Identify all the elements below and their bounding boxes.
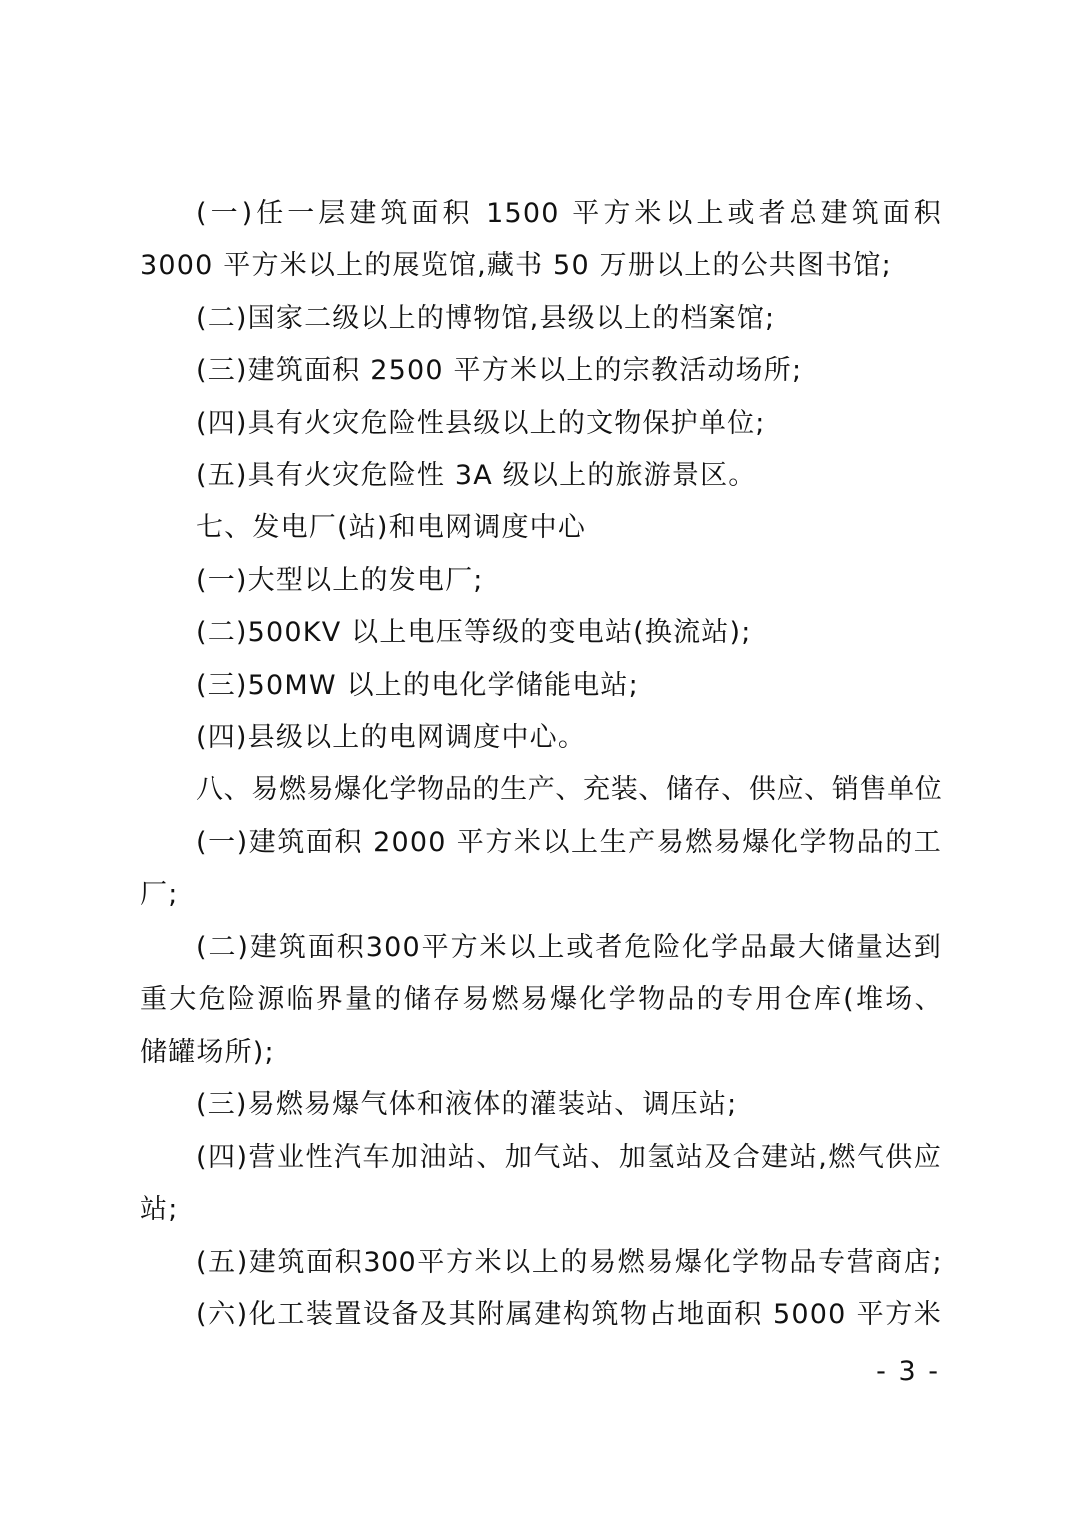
paragraph-line: 厂; xyxy=(140,875,942,915)
paragraph-line: 储罐场所); xyxy=(140,1033,942,1073)
paragraph-line: (五)具有火灾危险性 3A 级以上的旅游景区。 xyxy=(196,456,942,496)
section-heading: 七、发电厂(站)和电网调度中心 xyxy=(196,508,942,548)
paragraph-line: (二)建筑面积300平方米以上或者危险化学品最大储量达到 xyxy=(196,928,942,968)
page-number: - 3 - xyxy=(876,1352,940,1392)
document-page: (一)任一层建筑面积 1500 平方米以上或者总建筑面积 3000 平方米以上的… xyxy=(0,0,1080,1513)
paragraph-line: (三)50MW 以上的电化学储能电站; xyxy=(196,666,942,706)
paragraph-line: (四)营业性汽车加油站、加气站、加氢站及合建站,燃气供应 xyxy=(196,1138,942,1178)
paragraph-line: 3000 平方米以上的展览馆,藏书 50 万册以上的公共图书馆; xyxy=(140,246,942,286)
paragraph-line: (四)具有火灾危险性县级以上的文物保护单位; xyxy=(196,404,942,444)
paragraph-line: (一)建筑面积 2000 平方米以上生产易燃易爆化学物品的工 xyxy=(196,823,942,863)
paragraph-line: (一)任一层建筑面积 1500 平方米以上或者总建筑面积 xyxy=(196,194,942,234)
paragraph-line: (三)建筑面积 2500 平方米以上的宗教活动场所; xyxy=(196,351,942,391)
paragraph-line: (四)县级以上的电网调度中心。 xyxy=(196,718,942,758)
paragraph-line: (二)500KV 以上电压等级的变电站(换流站); xyxy=(196,613,942,653)
paragraph-line: (一)大型以上的发电厂; xyxy=(196,561,942,601)
section-heading: 八、易燃易爆化学物品的生产、充装、储存、供应、销售单位 xyxy=(196,770,942,810)
paragraph-line: (二)国家二级以上的博物馆,县级以上的档案馆; xyxy=(196,299,942,339)
paragraph-line: (五)建筑面积300平方米以上的易燃易爆化学物品专营商店; xyxy=(196,1243,942,1283)
paragraph-line: 重大危险源临界量的储存易燃易爆化学物品的专用仓库(堆场、 xyxy=(140,980,942,1020)
paragraph-line: (六)化工装置设备及其附属建构筑物占地面积 5000 平方米 xyxy=(196,1295,942,1335)
paragraph-line: 站; xyxy=(140,1190,942,1230)
paragraph-line: (三)易燃易爆气体和液体的灌装站、调压站; xyxy=(196,1085,942,1125)
